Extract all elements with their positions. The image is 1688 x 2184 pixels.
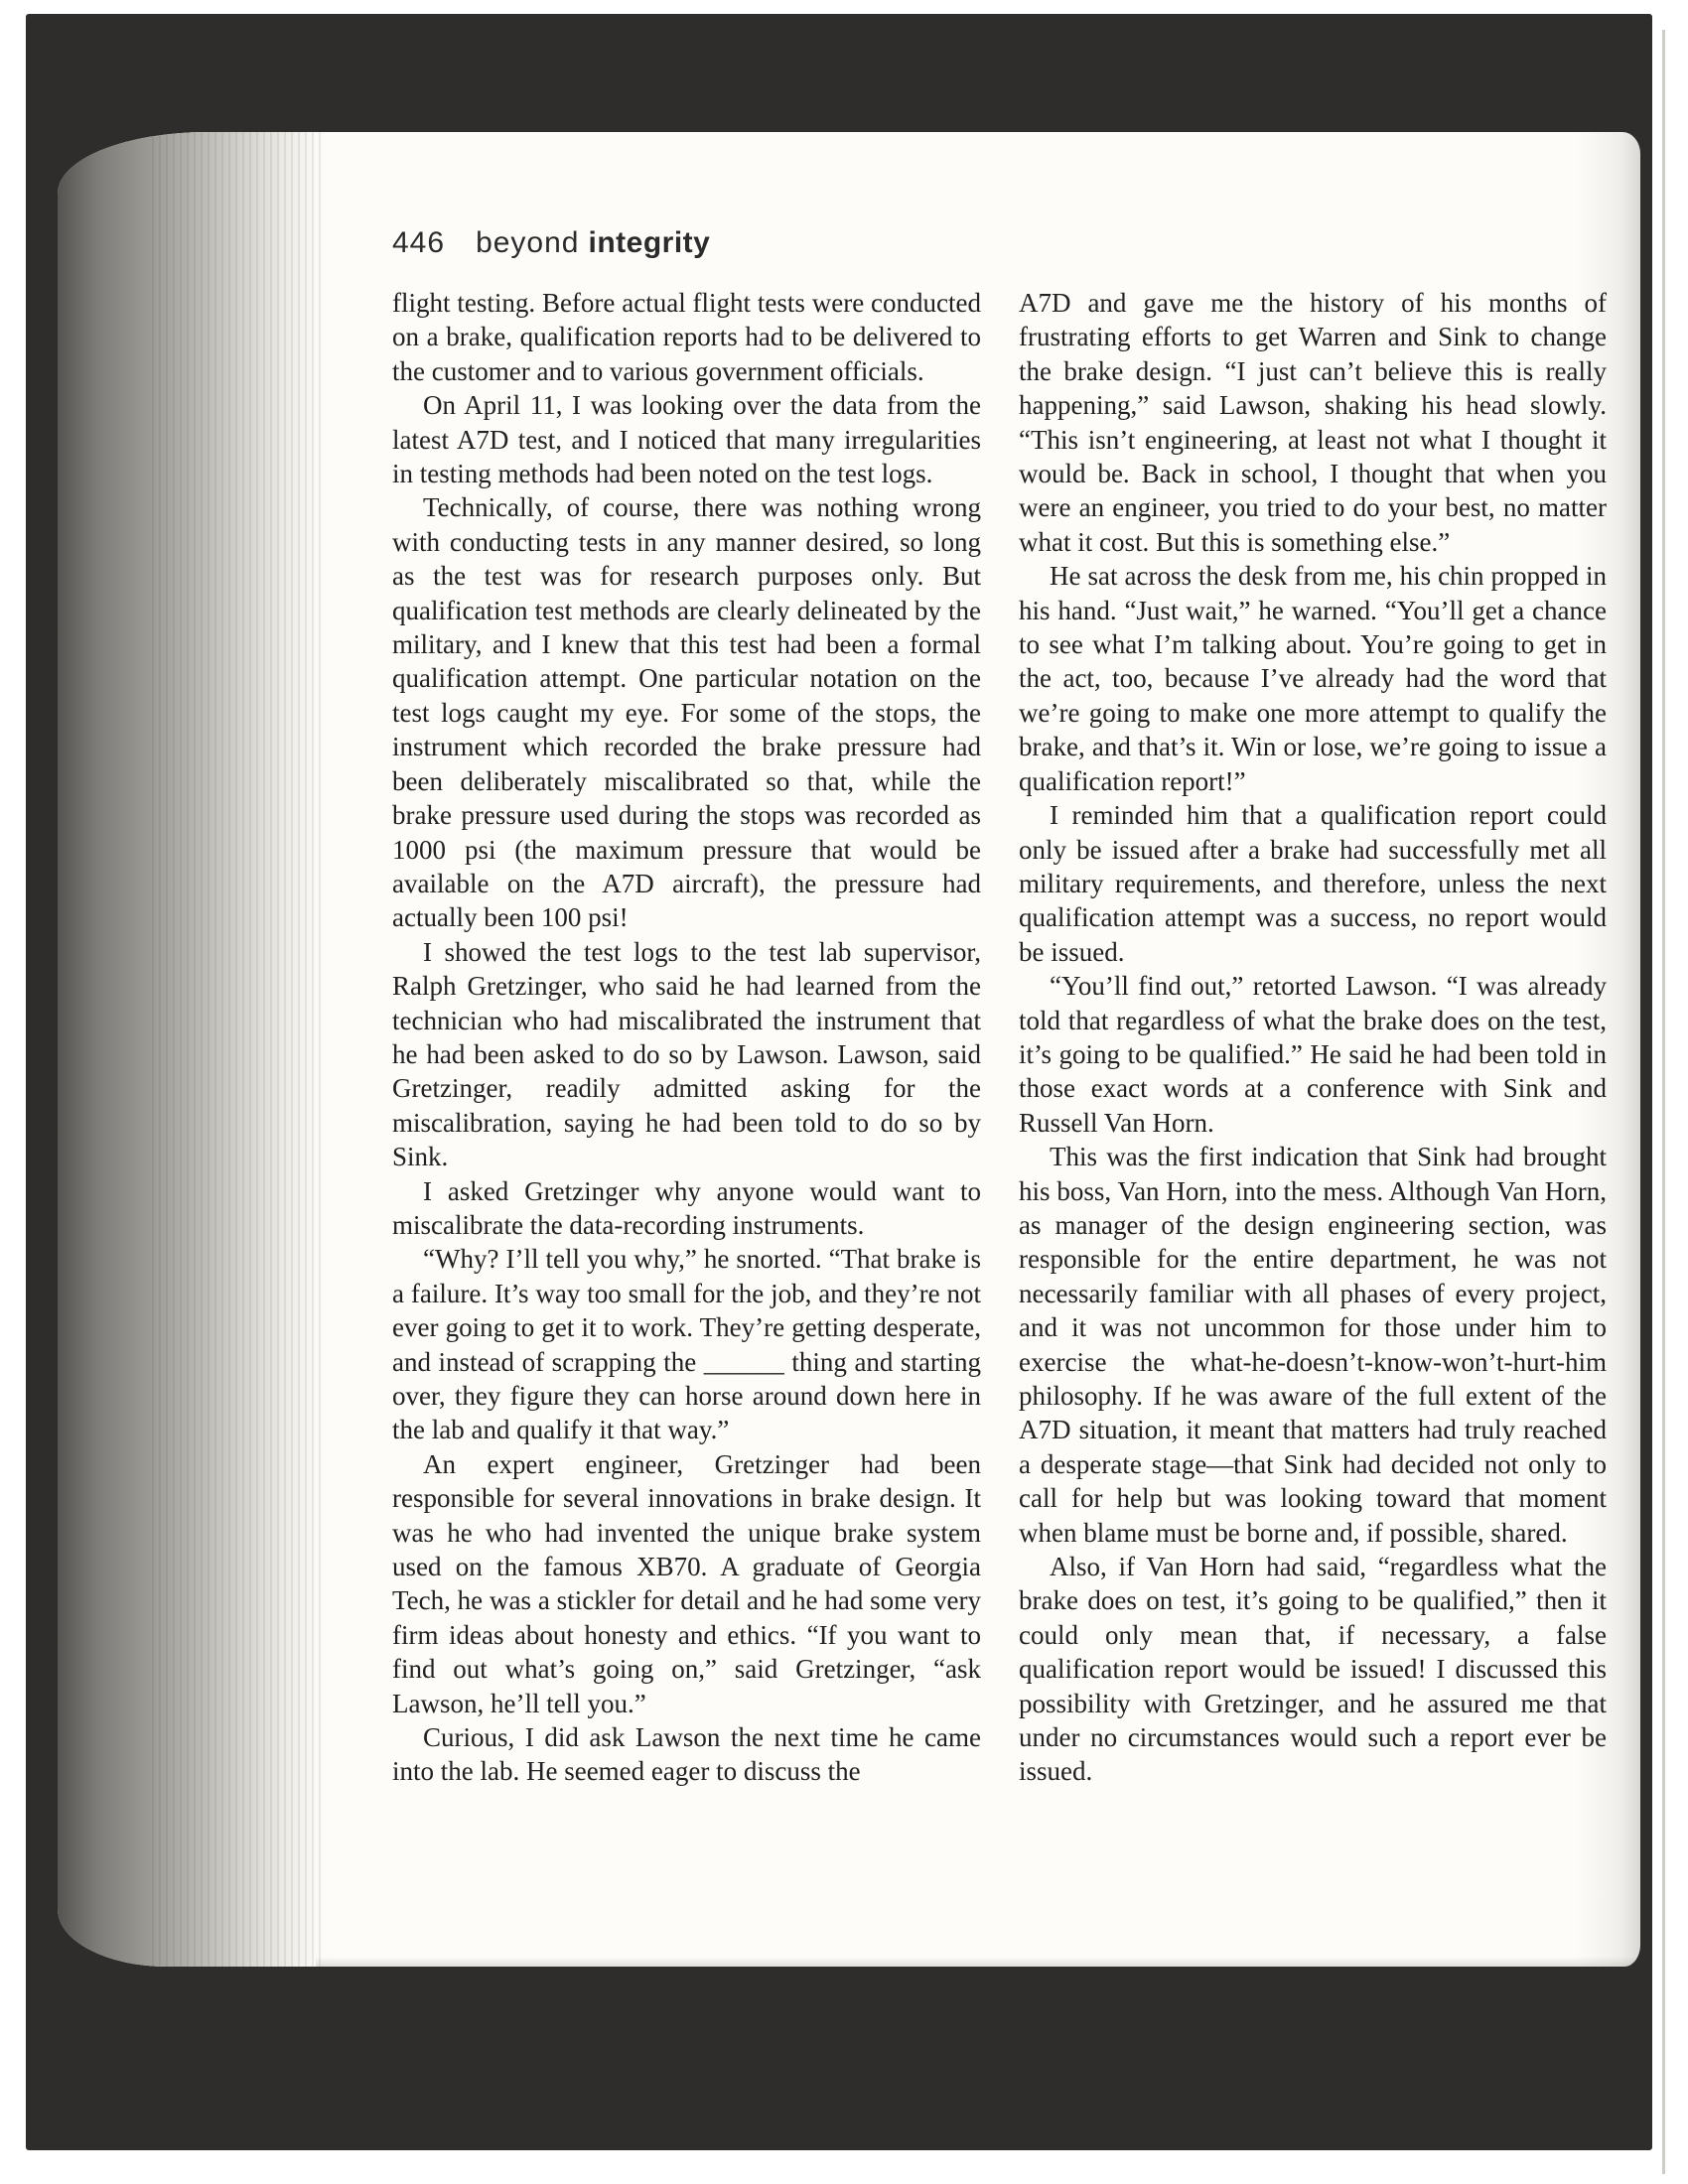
page-gutter-edge bbox=[58, 132, 331, 1967]
paragraph: “Why? I’ll tell you why,” he snorted. “T… bbox=[392, 1242, 981, 1446]
scan-edge-line bbox=[1662, 30, 1665, 2174]
paragraph: flight testing. Before actual flight tes… bbox=[392, 286, 981, 388]
paragraph: I asked Gretzinger why anyone would want… bbox=[392, 1174, 981, 1243]
book-page: 446beyondintegrity flight testing. Befor… bbox=[58, 132, 1640, 1967]
paragraph: This was the first indication that Sink … bbox=[1019, 1140, 1607, 1550]
text-column-left: flight testing. Before actual flight tes… bbox=[392, 286, 981, 1967]
paragraph: Technically, of course, there was nothin… bbox=[392, 490, 981, 934]
book-title-regular: beyond bbox=[476, 226, 579, 259]
paragraph: I reminded him that a qualification repo… bbox=[1019, 798, 1607, 969]
paragraph: Also, if Van Horn had said, “regardless … bbox=[1019, 1550, 1607, 1789]
text-column-right: A7D and gave me the history of his month… bbox=[1019, 286, 1607, 1967]
running-head: 446beyondintegrity bbox=[392, 227, 710, 259]
paragraph: A7D and gave me the history of his month… bbox=[1019, 286, 1607, 559]
paragraph: “You’ll find out,” retorted Lawson. “I w… bbox=[1019, 969, 1607, 1140]
paragraph: He sat across the desk from me, his chin… bbox=[1019, 559, 1607, 798]
scanned-book-spread: 446beyondintegrity flight testing. Befor… bbox=[0, 0, 1688, 2184]
paragraph: An expert engineer, Gretzinger had been … bbox=[392, 1447, 981, 1720]
paragraph: On April 11, I was looking over the data… bbox=[392, 388, 981, 490]
book-title-bold: integrity bbox=[589, 226, 711, 259]
paragraph: I showed the test logs to the test lab s… bbox=[392, 935, 981, 1174]
two-column-text-block: flight testing. Before actual flight tes… bbox=[392, 286, 1607, 1967]
paragraph: Curious, I did ask Lawson the next time … bbox=[392, 1720, 981, 1789]
page-number: 446 bbox=[392, 226, 445, 259]
